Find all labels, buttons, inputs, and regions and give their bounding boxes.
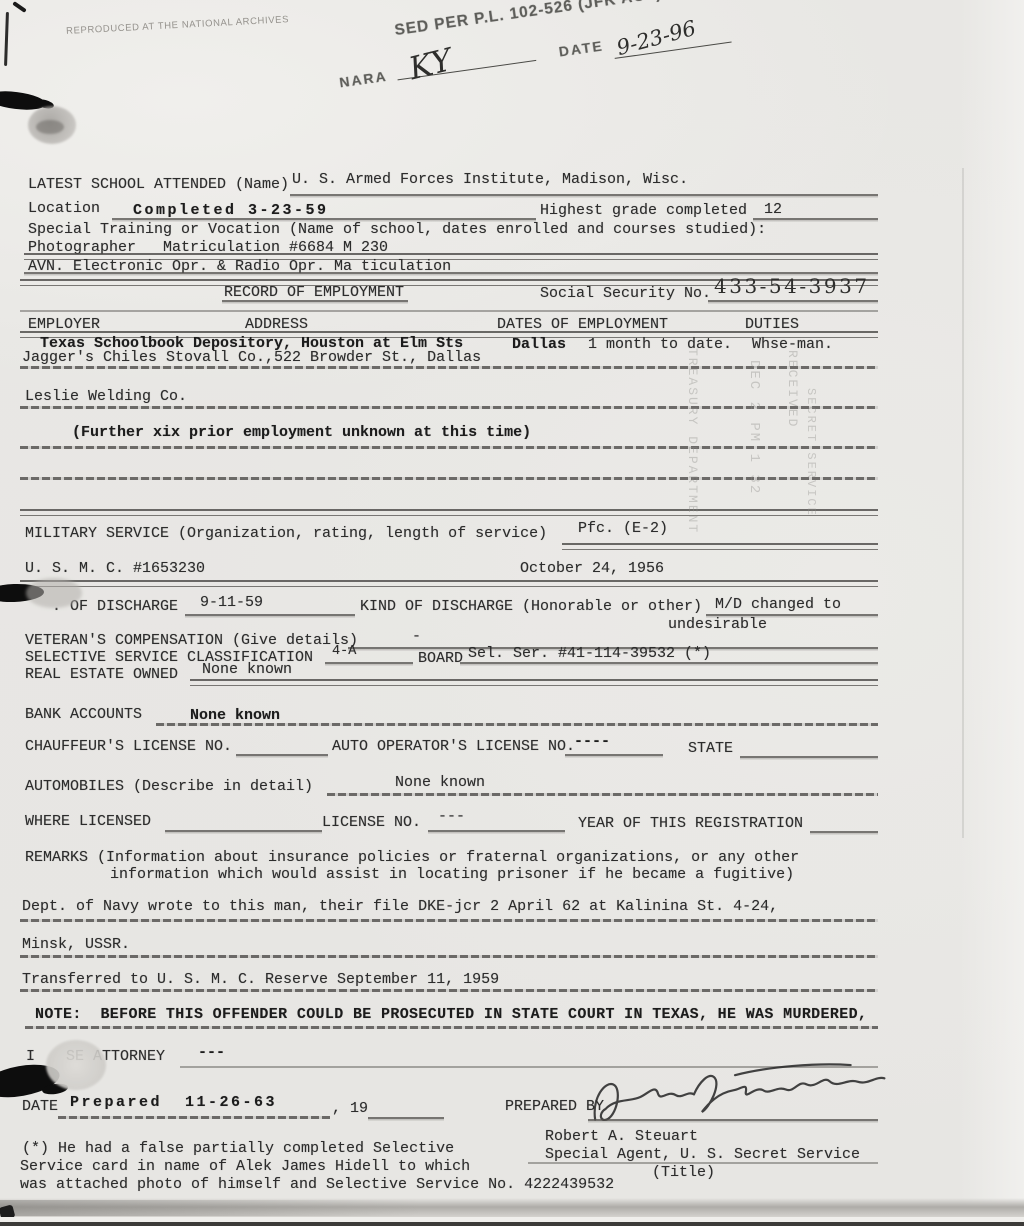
where-licensed-label: WHERE LICENSED — [25, 813, 151, 832]
date-prepared-rule — [58, 1116, 330, 1119]
employment-row1-city: Dallas — [512, 336, 566, 355]
footnote-line2: Service card in name of Alek James Hidel… — [20, 1158, 470, 1177]
license-no-label: LICENSE NO. — [322, 814, 421, 833]
employment-title-underline — [222, 300, 408, 302]
automobiles-label: AUTOMOBILES (Describe in detail) — [25, 778, 313, 797]
auto-operator-label: AUTO OPERATOR'S LICENSE NO. — [332, 738, 575, 757]
real-estate-value: None known — [202, 661, 292, 680]
date-prepared-value: Prepared 11-26-63 — [70, 1094, 277, 1113]
remarks-label-line1: REMARKS (Information about insurance pol… — [25, 849, 799, 868]
year-registration-rule — [810, 831, 878, 833]
ssn-rule — [708, 300, 878, 302]
jfk-stamp-nara-label: NARA — [338, 68, 388, 91]
state-rule — [740, 756, 878, 758]
footnote-line1: (*) He had a false partially completed S… — [22, 1140, 454, 1159]
latest-school-rule — [290, 194, 878, 196]
auto-operator-rule — [565, 754, 663, 756]
remarks-label-line2: information which would assist in locati… — [110, 866, 794, 885]
veterans-compensation-label: VETERAN'S COMPENSATION (Give details) — [25, 632, 358, 651]
jfk-stamp-date-value: 9-23-96 — [614, 16, 698, 60]
grade-value: 12 — [764, 201, 782, 220]
remarks-line1: Dept. of Navy wrote to this man, their f… — [22, 898, 778, 917]
selective-service-rule — [325, 662, 413, 664]
license-no-value: --- — [438, 808, 465, 827]
ssn-label: Social Security No. — [540, 285, 711, 304]
real-estate-label: REAL ESTATE OWNED — [25, 666, 178, 685]
kind-of-discharge-label: KIND OF DISCHARGE (Honorable or other) — [360, 598, 702, 617]
automobiles-value: None known — [395, 774, 485, 793]
remarks-rule3 — [20, 989, 878, 992]
bank-accounts-rule — [156, 723, 878, 726]
note-rule — [25, 1026, 878, 1029]
latest-school-label: LATEST SCHOOL ATTENDED (Name) — [28, 176, 289, 195]
grade-rule — [753, 218, 878, 220]
grade-label: Highest grade completed — [540, 202, 747, 221]
treasury-department-stamp: TREASURY DEPARTMENT — [685, 348, 700, 534]
attorney-value: --- — [198, 1044, 225, 1063]
location-label: Location — [28, 200, 100, 219]
glare-blob-bottom — [46, 1040, 106, 1090]
right-edge-band — [960, 0, 1024, 1226]
fastener-wire — [4, 12, 9, 66]
selective-service-value: 4-A — [332, 644, 356, 661]
title-caption: (Title) — [652, 1164, 715, 1183]
automobiles-rule — [327, 793, 878, 796]
usmc-rule — [20, 580, 878, 587]
remarks-line2: Minsk, USSR. — [22, 936, 130, 955]
employment-note: (Further xix prior employment unknown at… — [72, 424, 531, 443]
usmc-number: U. S. M. C. #1653230 — [25, 560, 205, 579]
special-training-label: Special Training or Vocation (Name of sc… — [28, 221, 766, 240]
kind-of-discharge-value1: M/D changed to — [715, 596, 841, 615]
employment-row3: Leslie Welding Co. — [25, 388, 187, 407]
employment-table-top-rule — [20, 310, 878, 312]
prepared-by-rule — [588, 1119, 878, 1121]
received-stamp: RECEIVED — [785, 350, 800, 428]
ssn-value: 433-54-3937 — [714, 274, 870, 298]
employment-section-end-rule — [20, 509, 878, 516]
bank-accounts-label: BANK ACCOUNTS — [25, 706, 142, 725]
jfk-release-stamp: SED PER P.L. 102-526 (JFK ACT) NARA KY D… — [332, 0, 748, 30]
jfk-stamp-nara-line: KY — [395, 38, 537, 80]
employment-row2: Jagger's Chiles Stovall Co.,522 Browder … — [22, 349, 481, 368]
where-licensed-rule — [165, 830, 322, 832]
bottom-edge-shadow-left — [0, 1200, 420, 1216]
latest-school-value: U. S. Armed Forces Institute, Madison, W… — [292, 171, 688, 190]
remarks-rule1 — [20, 919, 878, 922]
footnote-line3: was attached photo of himself and Select… — [20, 1176, 614, 1195]
auto-operator-value: ---- — [574, 733, 610, 752]
board-rule — [460, 662, 878, 664]
chauffeur-license-label: CHAUFFEUR'S LICENSE NO. — [25, 738, 232, 757]
military-service-value: Pfc. (E-2) — [578, 520, 668, 539]
secret-service-stamp: SECRET SERVICE — [804, 388, 818, 517]
military-service-rule — [562, 543, 878, 550]
remarks-rule2 — [20, 955, 878, 958]
board-value: Sel. Ser. #41-114-39532 (*) — [468, 645, 711, 664]
hole-smudge-middle — [26, 578, 82, 608]
national-archives-stamp: REPRODUCED AT THE NATIONAL ARCHIVES — [66, 14, 290, 38]
veterans-compensation-value: - — [412, 628, 421, 647]
kind-of-discharge-value2: undesirable — [668, 616, 767, 635]
year-prefix: , 19 — [332, 1100, 368, 1119]
date-time-stamp: DEC 2 PM 1 32 — [746, 360, 762, 495]
prepared-name: Robert A. Steuart — [545, 1128, 698, 1147]
note-line: NOTE: BEFORE THIS OFFENDER COULD BE PROS… — [35, 1006, 867, 1025]
date-prepared-label: DATE — [22, 1098, 58, 1117]
state-label: STATE — [688, 740, 733, 759]
employment-row1-dates: 1 month to date. — [588, 336, 732, 355]
hole-smudge-top — [36, 120, 64, 134]
document-page: REPRODUCED AT THE NATIONAL ARCHIVES SED … — [0, 0, 1024, 1226]
license-no-rule — [428, 830, 565, 832]
year-registration-label: YEAR OF THIS REGISTRATION — [578, 815, 803, 834]
jfk-stamp-date-line: 9-23-96 — [612, 20, 732, 59]
real-estate-rule — [190, 679, 878, 686]
discharge-rule — [185, 614, 355, 616]
jfk-stamp-date-label: DATE — [558, 37, 605, 59]
board-label: BOARD — [418, 650, 463, 669]
remarks-line3: Transferred to U. S. M. C. Reserve Septe… — [22, 971, 499, 990]
year-rule — [368, 1117, 444, 1119]
chauffeur-license-rule — [236, 754, 328, 756]
discharge-value: 9-11-59 — [200, 594, 263, 613]
jfk-stamp-nara-initials: KY — [405, 42, 455, 87]
military-service-label: MILITARY SERVICE (Organization, rating, … — [25, 525, 547, 544]
bottom-dark-strip — [0, 1222, 1024, 1226]
usmc-date: October 24, 1956 — [520, 560, 664, 579]
corner-mark — [12, 1, 27, 13]
location-rule — [112, 218, 536, 220]
